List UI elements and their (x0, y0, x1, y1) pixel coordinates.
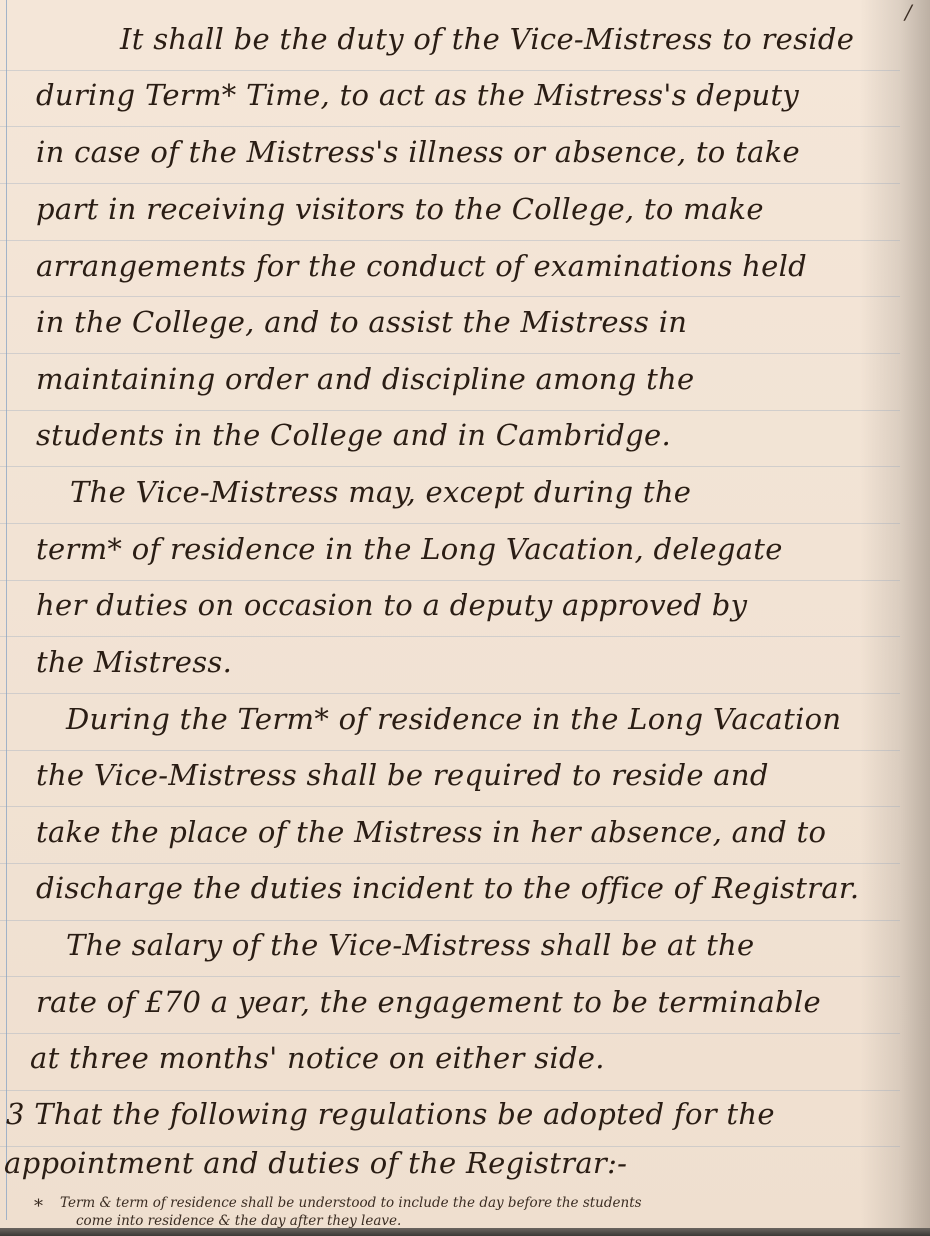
manuscript-page: / It shall be the duty of the Vice-Mistr… (0, 0, 930, 1236)
ruled-line (0, 126, 900, 127)
manuscript-line: 3 That the following regulations be adop… (6, 1097, 775, 1131)
manuscript-line: The salary of the Vice-Mistress shall be… (66, 928, 754, 962)
edge-mark: / (905, 0, 912, 24)
manuscript-line: rate of £70 a year, the engagement to be… (36, 985, 821, 1019)
manuscript-line: term* of residence in the Long Vacation,… (36, 532, 783, 566)
ruled-line (0, 580, 900, 581)
manuscript-line: the Mistress. (36, 645, 232, 679)
ruled-line (0, 1033, 900, 1034)
manuscript-line: arrangements for the conduct of examinat… (36, 249, 807, 283)
ruled-line (0, 240, 900, 241)
ruled-line (0, 863, 900, 864)
manuscript-line: appointment and duties of the Registrar:… (4, 1146, 627, 1180)
ruled-line (0, 466, 900, 467)
ruled-line (0, 693, 900, 694)
manuscript-line: It shall be the duty of the Vice-Mistres… (120, 22, 854, 56)
manuscript-line: in case of the Mistress's illness or abs… (36, 135, 800, 169)
ruled-line (0, 523, 900, 524)
ruled-line (0, 920, 900, 921)
ruled-line (0, 410, 900, 411)
ruled-line (0, 183, 900, 184)
page-bottom-edge (0, 1228, 930, 1236)
footnote-marker: * (34, 1196, 43, 1217)
footnote-line: come into residence & the day after they… (76, 1213, 401, 1229)
manuscript-line: part in receiving visitors to the Colleg… (36, 192, 764, 226)
manuscript-line: her duties on occasion to a deputy appro… (36, 588, 747, 622)
manuscript-line: The Vice-Mistress may, except during the (70, 475, 691, 509)
ruled-line (0, 806, 900, 807)
manuscript-line: at three months' notice on either side. (30, 1041, 605, 1075)
manuscript-line: discharge the duties incident to the off… (36, 871, 859, 905)
manuscript-line: students in the College and in Cambridge… (36, 418, 671, 452)
manuscript-line: in the College, and to assist the Mistre… (36, 305, 687, 339)
footnote-line: Term & term of residence shall be unders… (60, 1195, 642, 1211)
ruled-line (0, 976, 900, 977)
ruled-line (0, 1090, 900, 1091)
manuscript-line: During the Term* of residence in the Lon… (66, 702, 841, 736)
ruled-line (0, 750, 900, 751)
ruled-line (0, 636, 900, 637)
manuscript-line: maintaining order and discipline among t… (36, 362, 694, 396)
ruled-line (0, 296, 900, 297)
ruled-line (0, 353, 900, 354)
manuscript-line: the Vice-Mistress shall be required to r… (36, 758, 769, 792)
manuscript-line: during Term* Time, to act as the Mistres… (36, 78, 799, 112)
manuscript-line: take the place of the Mistress in her ab… (36, 815, 826, 849)
ruled-line (0, 70, 900, 71)
